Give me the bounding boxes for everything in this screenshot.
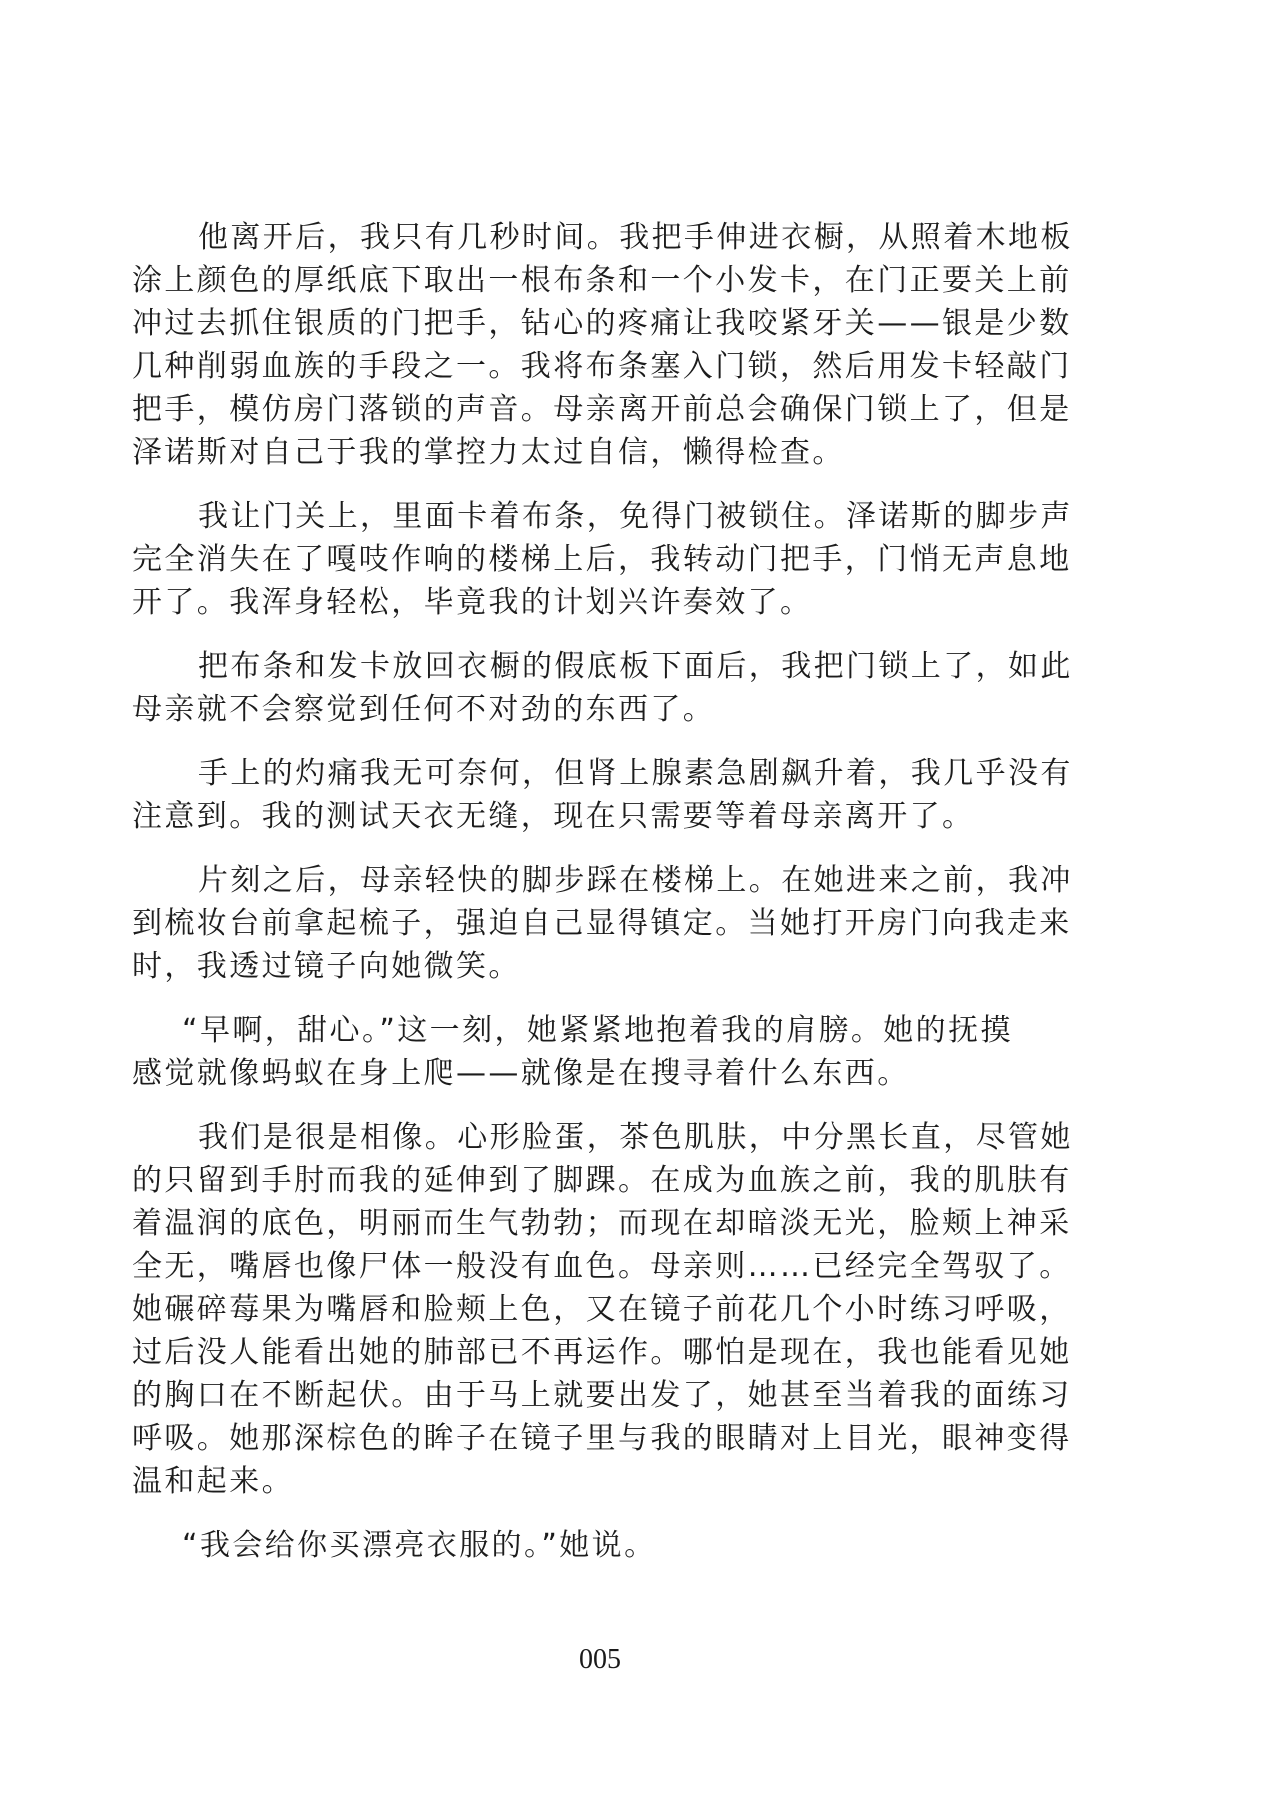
paragraph-6-dialogue: “早啊，甜心。”这一刻，她紧紧地抱着我的肩膀。她的抚摸 感觉就像蚂蚁在身上爬——…	[132, 1009, 1062, 1095]
text-line: 完全消失在了嘎吱作响的楼梯上后，我转动门把手，门悄无声息地	[132, 538, 1062, 581]
paragraph-3: 把布条和发卡放回衣橱的假底板下面后，我把门锁上了，如此 母亲就不会察觉到任何不对…	[132, 645, 1062, 731]
text-line: 到梳妆台前拿起梳子，强迫自己显得镇定。当她打开房门向我走来	[132, 902, 1062, 945]
text-line: 我们是很是相像。心形脸蛋，茶色肌肤，中分黑长直，尽管她	[132, 1116, 1062, 1159]
text-line: 时，我透过镜子向她微笑。	[132, 945, 1062, 988]
paragraph-5: 片刻之后，母亲轻快的脚步踩在楼梯上。在她进来之前，我冲 到梳妆台前拿起梳子，强迫…	[132, 859, 1062, 988]
text-line: 涂上颜色的厚纸底下取出一根布条和一个小发卡，在门正要关上前	[132, 259, 1062, 302]
text-line: 的胸口在不断起伏。由于马上就要出发了，她甚至当着我的面练习	[132, 1374, 1062, 1417]
paragraph-8-dialogue: “我会给你买漂亮衣服的。”她说。	[132, 1524, 1062, 1567]
text-line: “我会给你买漂亮衣服的。”她说。	[132, 1524, 1062, 1567]
text-line: 着温润的底色，明丽而生气勃勃；而现在却暗淡无光，脸颊上神采	[132, 1202, 1062, 1245]
text-line: 他离开后，我只有几秒时间。我把手伸进衣橱，从照着木地板	[132, 216, 1062, 259]
text-line: 感觉就像蚂蚁在身上爬——就像是在搜寻着什么东西。	[132, 1052, 1062, 1095]
body-text: 他离开后，我只有几秒时间。我把手伸进衣橱，从照着木地板 涂上颜色的厚纸底下取出一…	[132, 216, 1062, 1588]
text-line: 我让门关上，里面卡着布条，免得门被锁住。泽诺斯的脚步声	[132, 495, 1062, 538]
text-line: 的只留到手肘而我的延伸到了脚踝。在成为血族之前，我的肌肤有	[132, 1159, 1062, 1202]
text-line: 呼吸。她那深棕色的眸子在镜子里与我的眼睛对上目光，眼神变得	[132, 1417, 1062, 1460]
text-line: 母亲就不会察觉到任何不对劲的东西了。	[132, 688, 1062, 731]
text-line: “早啊，甜心。”这一刻，她紧紧地抱着我的肩膀。她的抚摸	[132, 1009, 1062, 1052]
text-line: 泽诺斯对自己于我的掌控力太过自信，懒得检查。	[132, 431, 1062, 474]
book-page: 他离开后，我只有几秒时间。我把手伸进衣橱，从照着木地板 涂上颜色的厚纸底下取出一…	[0, 0, 1280, 1816]
text-line: 手上的灼痛我无可奈何，但肾上腺素急剧飙升着，我几乎没有	[132, 752, 1062, 795]
paragraph-1: 他离开后，我只有几秒时间。我把手伸进衣橱，从照着木地板 涂上颜色的厚纸底下取出一…	[132, 216, 1062, 474]
text-line: 把布条和发卡放回衣橱的假底板下面后，我把门锁上了，如此	[132, 645, 1062, 688]
text-line: 温和起来。	[132, 1460, 1062, 1503]
paragraph-7: 我们是很是相像。心形脸蛋，茶色肌肤，中分黑长直，尽管她 的只留到手肘而我的延伸到…	[132, 1116, 1062, 1503]
text-line: 开了。我浑身轻松，毕竟我的计划兴许奏效了。	[132, 581, 1062, 624]
text-line: 她碾碎莓果为嘴唇和脸颊上色，又在镜子前花几个小时练习呼吸，	[132, 1288, 1062, 1331]
text-line: 全无，嘴唇也像尸体一般没有血色。母亲则……已经完全驾驭了。	[132, 1245, 1062, 1288]
paragraph-2: 我让门关上，里面卡着布条，免得门被锁住。泽诺斯的脚步声 完全消失在了嘎吱作响的楼…	[132, 495, 1062, 624]
page-number: 005	[545, 1643, 655, 1677]
paragraph-4: 手上的灼痛我无可奈何，但肾上腺素急剧飙升着，我几乎没有 注意到。我的测试天衣无缝…	[132, 752, 1062, 838]
text-line: 几种削弱血族的手段之一。我将布条塞入门锁，然后用发卡轻敲门	[132, 345, 1062, 388]
text-line: 片刻之后，母亲轻快的脚步踩在楼梯上。在她进来之前，我冲	[132, 859, 1062, 902]
text-line: 把手，模仿房门落锁的声音。母亲离开前总会确保门锁上了，但是	[132, 388, 1062, 431]
text-line: 过后没人能看出她的肺部已不再运作。哪怕是现在，我也能看见她	[132, 1331, 1062, 1374]
text-line: 冲过去抓住银质的门把手，钻心的疼痛让我咬紧牙关——银是少数	[132, 302, 1062, 345]
text-line: 注意到。我的测试天衣无缝，现在只需要等着母亲离开了。	[132, 795, 1062, 838]
